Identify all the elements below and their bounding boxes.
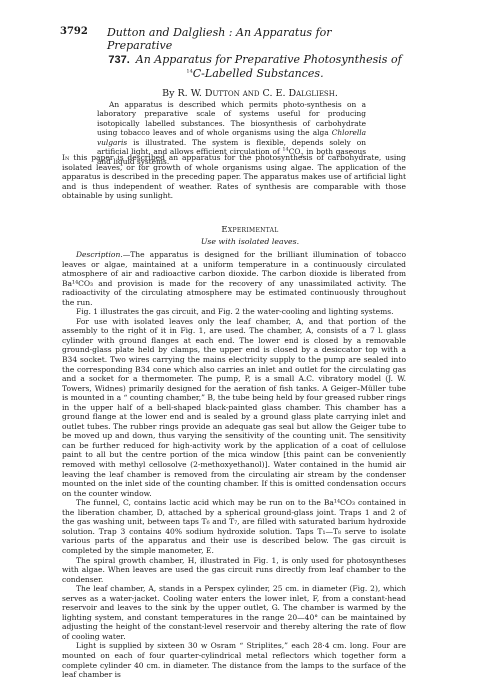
paragraph-description: Description.—The apparatus is designed f… — [62, 250, 406, 307]
byline-prefix: By — [162, 88, 174, 99]
experimental-body: Description.—The apparatus is designed f… — [62, 250, 406, 679]
journal-page: 3792 Dutton and Dalgliesh : An Apparatus… — [0, 0, 500, 679]
intro-text: this paper is described an apparatus for… — [62, 153, 406, 200]
page-number: 3792 — [60, 26, 107, 52]
intro-paragraph: In this paper is described an apparatus … — [62, 153, 406, 201]
article-number: 737. — [108, 54, 129, 66]
paragraph-figures: Fig. 1 illustrates the gas circuit, and … — [62, 307, 406, 317]
introduction: In this paper is described an apparatus … — [62, 153, 406, 201]
paragraph-spiral-chamber: The spiral growth chamber, H, illustrate… — [62, 556, 406, 585]
article-title: 737.An Apparatus for Preparative Photosy… — [105, 53, 405, 80]
section-heading: Experimental — [0, 225, 500, 235]
abstract-text-1: An apparatus is described which permits … — [97, 100, 366, 137]
title-line-2: C-Labelled Substances. — [193, 67, 324, 80]
running-title: Dutton and Dalgliesh : An Apparatus for … — [107, 26, 400, 52]
author-names: R. W. Dutton and C. E. Dalgliesh. — [178, 88, 338, 99]
paragraph-lead: Description. — [76, 250, 123, 259]
title-line-1: An Apparatus for Preparative Photosynthe… — [136, 53, 402, 66]
paragraph-water-jacket: The leaf chamber, A, stands in a Perspex… — [62, 584, 406, 641]
running-head: 3792 Dutton and Dalgliesh : An Apparatus… — [60, 26, 400, 52]
paragraph-lighting: Light is supplied by sixteen 30 w Osram … — [62, 641, 406, 679]
paragraph-funnel: The funnel, C, contains lactic acid whic… — [62, 498, 406, 555]
byline: By R. W. Dutton and C. E. Dalgliesh. — [0, 88, 500, 99]
subsection-heading: Use with isolated leaves. — [0, 237, 500, 246]
paragraph-leaf-chamber: For use with isolated leaves only the le… — [62, 317, 406, 498]
